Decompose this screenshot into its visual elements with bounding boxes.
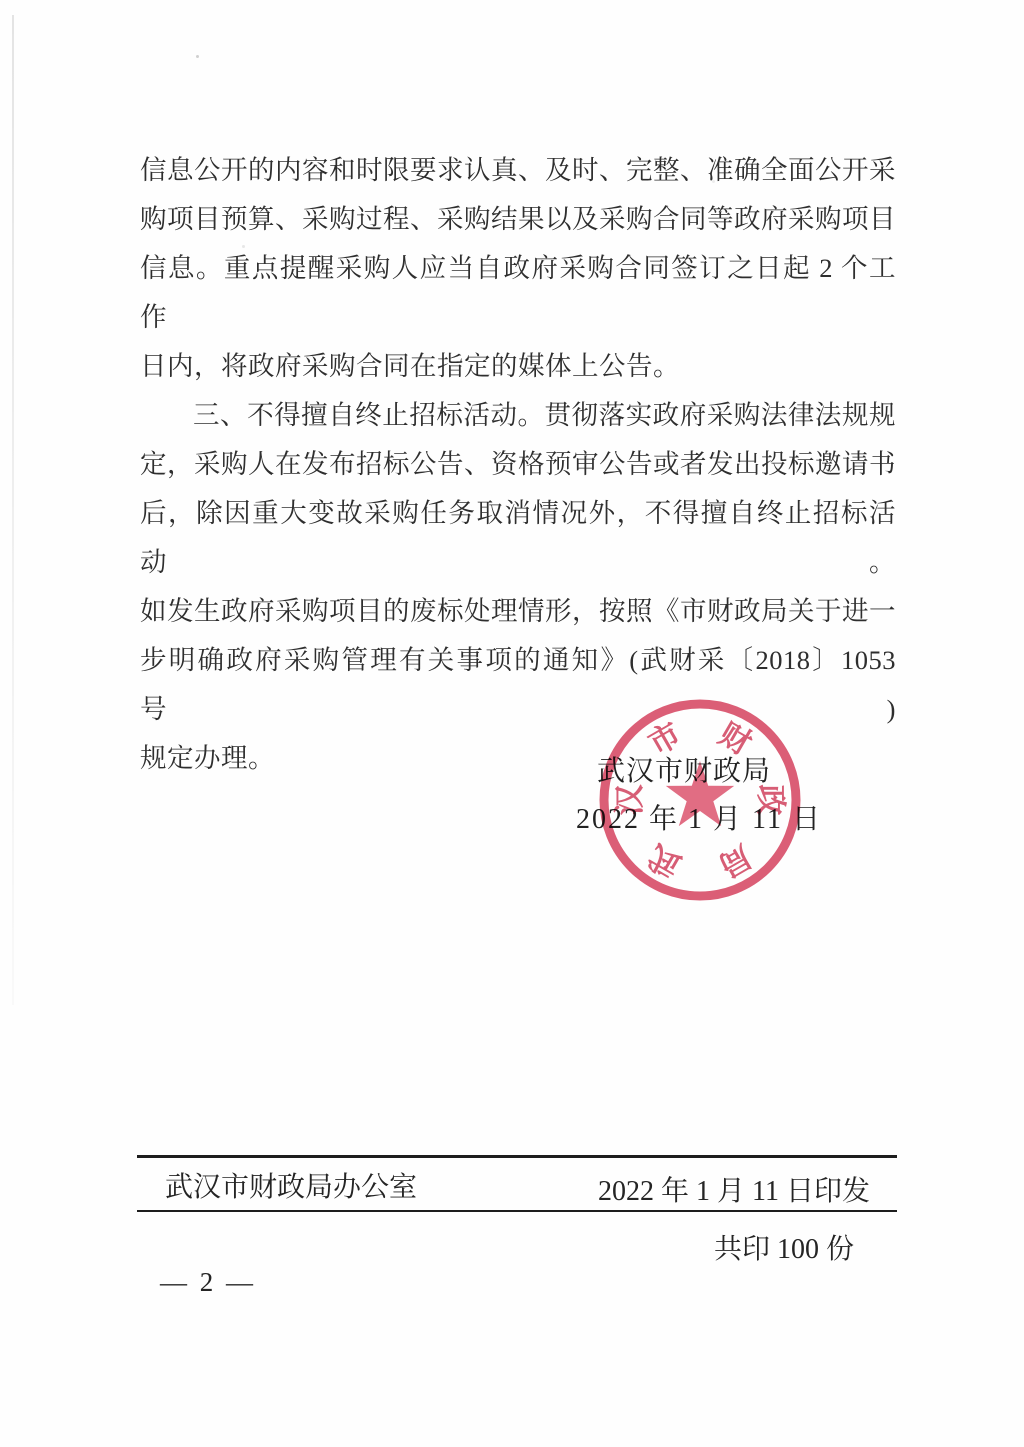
- footer-office: 武汉市财政局办公室: [165, 1172, 417, 1204]
- body-text-line: 后，除因重大变故采购任务取消情况外，不得擅自终止招标活动。: [140, 489, 896, 587]
- official-seal-stamp: 武汉市财政局: [590, 690, 810, 910]
- svg-text:政: 政: [753, 785, 788, 816]
- footer-rule-top: [137, 1155, 897, 1158]
- svg-text:汉: 汉: [612, 784, 647, 816]
- body-text-line: 信息公开的内容和时限要求认真、及时、完整、准确全面公开采: [140, 146, 896, 195]
- body-text-line: 日内，将政府采购合同在指定的媒体上公告。: [140, 342, 896, 391]
- page-number: — 2 —: [160, 1266, 256, 1298]
- document-page: 信息公开的内容和时限要求认真、及时、完整、准确全面公开采购项目预算、采购过程、采…: [0, 0, 1024, 1447]
- body-text-line: 如发生政府采购项目的废标处理情形，按照《市财政局关于进一: [140, 587, 896, 636]
- body-text-line: 三、不得擅自终止招标活动。贯彻落实政府采购法律法规规: [140, 391, 896, 440]
- footer-copies: 共印 100 份: [714, 1234, 854, 1266]
- star-icon: [666, 761, 734, 826]
- body-text-line: 信息。重点提醒采购人应当自政府采购合同签订之日起 2 个工作: [140, 244, 896, 342]
- footer-rule-bottom: [137, 1210, 897, 1212]
- body-text-line: 定，采购人在发布招标公告、资格预审公告或者发出投标邀请书: [140, 440, 896, 489]
- body-text-line: 购项目预算、采购过程、采购结果以及采购合同等政府采购项目: [140, 195, 896, 244]
- document-body: 信息公开的内容和时限要求认真、及时、完整、准确全面公开采购项目预算、采购过程、采…: [140, 146, 896, 783]
- scan-speck: [196, 55, 199, 58]
- scan-edge-artifact: [12, 15, 14, 1005]
- footer-print-date: 2022 年 1 月 11 日印发: [598, 1176, 870, 1208]
